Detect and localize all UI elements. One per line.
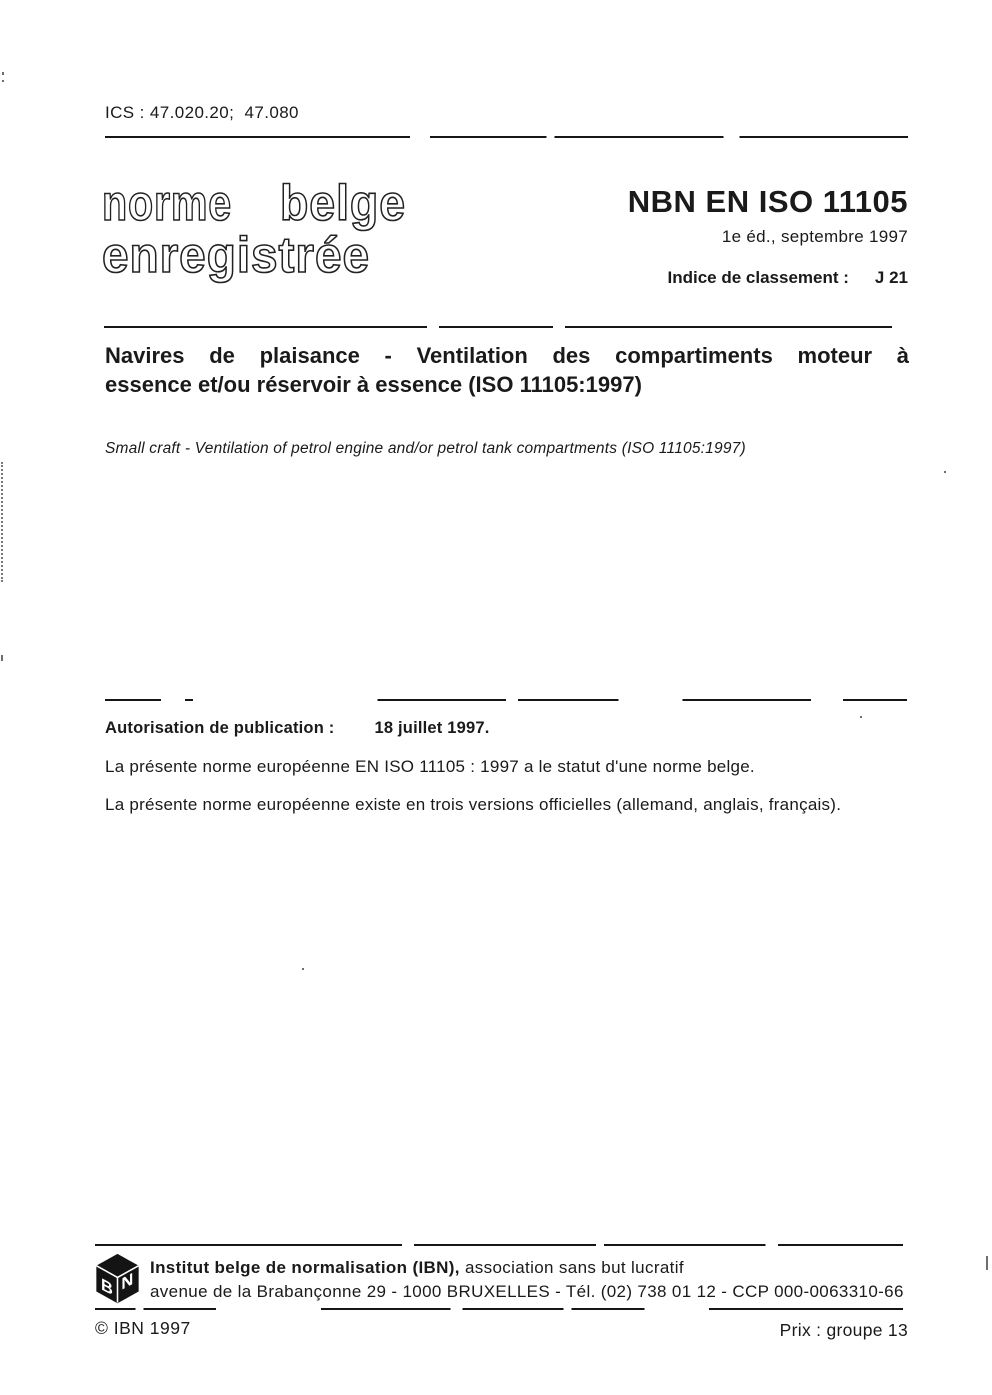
authorization-label: Autorisation de publication :	[105, 719, 334, 737]
edition-date: 1e éd., septembre 1997	[520, 227, 908, 247]
masthead-word-belge: belge	[280, 176, 406, 231]
title-line-2: essence et/ou réservoir à essence (ISO 1…	[105, 372, 909, 398]
header-rule	[105, 136, 908, 138]
scan-noise-dot	[860, 716, 862, 718]
footer-top-rule	[95, 1244, 903, 1246]
ibn-logo: I B N	[94, 1253, 141, 1305]
document-title: Navires de plaisance - Ventilation des c…	[105, 343, 909, 398]
publisher-block: Institut belge de normalisation (IBN), a…	[150, 1256, 912, 1303]
masthead-word-norme: norme	[102, 176, 232, 231]
scan-noise-dot	[986, 1256, 988, 1270]
standard-cover-page: ICS : 47.020.20; 47.080 norme belge enre…	[0, 0, 992, 1395]
publisher-type: association sans but lucratif	[460, 1258, 684, 1277]
masthead-norme-belge: norme belge enregistrée	[101, 176, 413, 292]
scan-noise-dot	[1, 655, 3, 661]
standard-number: NBN EN ISO 11105	[520, 186, 908, 218]
authorization-date: 18 juillet 1997.	[374, 719, 489, 737]
classification-row: Indice de classement :J 21	[520, 268, 908, 288]
copyright-notice: © IBN 1997	[95, 1318, 191, 1339]
publisher-name: Institut belge de normalisation (IBN),	[150, 1258, 460, 1277]
header-right-column: NBN EN ISO 11105 1e éd., septembre 1997 …	[520, 186, 908, 288]
title-english: Small craft - Ventilation of petrol engi…	[105, 440, 865, 458]
title-line-1: Navires de plaisance - Ventilation des c…	[105, 343, 909, 369]
price-group: Prix : groupe 13	[605, 1320, 908, 1341]
scan-noise-dot	[944, 471, 946, 473]
scan-noise-dot	[302, 968, 304, 970]
status-paragraph: La présente norme européenne EN ISO 1110…	[105, 757, 755, 777]
ics-code: ICS : 47.020.20; 47.080	[105, 103, 299, 123]
authorization-row: Autorisation de publication :18 juillet …	[105, 719, 490, 738]
versions-paragraph: La présente norme européenne existe en t…	[105, 795, 841, 815]
scan-noise-dot	[2, 72, 4, 75]
publisher-line-1: Institut belge de normalisation (IBN), a…	[150, 1256, 912, 1280]
publication-rule	[105, 699, 907, 701]
masthead-word-enregistree: enregistrée	[102, 227, 370, 283]
scan-noise-left-edge	[1, 462, 3, 582]
title-rule	[104, 326, 892, 328]
footer-mid-rule	[95, 1308, 903, 1310]
classification-label: Indice de classement :	[668, 268, 849, 287]
classification-value: J 21	[875, 268, 908, 287]
publisher-address: avenue de la Brabançonne 29 - 1000 BRUXE…	[150, 1280, 912, 1304]
scan-noise-dot	[2, 80, 4, 82]
